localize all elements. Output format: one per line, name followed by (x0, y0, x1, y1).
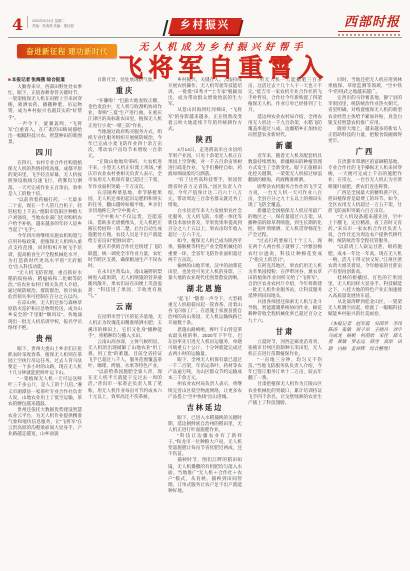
body-paragraph: 乡村振兴，关键在人。云南持续开展农机操作、无人机驾驶等技能培训，一批批“田秀才”… (168, 77, 242, 107)
masthead-rule (338, 31, 400, 32)
body-paragraph: “过去打药要雇几十个工人，现在两个人两台机子就够了。”沙雅县棉农吐尔逊说，科技让… (248, 238, 322, 262)
body-paragraph: “以前请工人砍运甘蔗、喷药施肥，成本一年比一年高，现在无人机一响，活儿干得又快又… (328, 244, 402, 274)
lead-byline-text: 本报记者 张海燕 综合报道 (12, 77, 65, 82)
body-paragraph: 插秧时节，图们江畔的稻田如镜，无人机播撒的有机肥均匀落入水面。当地推广“无人机＋… (168, 457, 242, 494)
section-heading: 甘肃 (248, 329, 322, 335)
body-paragraph: 一声令下，旋翼轰鸣，“飞将军”自重霄入，在广袤的田畴间描绘出一幅幅科技兴农、智慧… (8, 121, 82, 145)
body-paragraph: 白水县近年来大力发展果业社会化服务，无人机飞防、水肥一体化等新技术加快普及，苹果… (168, 208, 242, 238)
body-paragraph: 新疆是全国植保无人机应用最广的地区之一，保有量超过六万架。从播种前的除草剂喷施，… (248, 208, 322, 238)
edition-info: 2024年6月4日 星期二 责编：张海燕 美编：康佳妮 (27, 16, 74, 28)
body-paragraph: 眼下，已进入水稻插秧的关键时期，延边朝鲜族自治州的稻田里，无人机正进行叶面施肥作… (168, 415, 242, 433)
body-paragraph: 立夏时节，河西走廊麦苗青青，张掖市甘州区的制种玉米田里，无人机正在进行苗期植保作… (248, 339, 322, 357)
column: ■本报记者 张海燕 综合报道人勤春来早，西部田野处处农事忙。眼下，正值春耕春管关… (8, 77, 82, 557)
section-heading: 广西 (328, 149, 402, 155)
body-paragraph: 当地通过政府购买服务方式，组织专业化服务组织开展统防统治，今年已完成小麦飞防作业… (88, 129, 162, 159)
body-paragraph: “空中挑夫”不仅运货，还能巡田。借助多光谱摄像头，无人机把庄稼长势拍得一清二楚，… (88, 214, 162, 244)
section-banner-label: 乡村振兴 (180, 19, 230, 32)
body-paragraph: 恩施山路崎岖，鲜叶下山曾是茶农最头疼的事。2020年下半年，巴东县率先引进无人机… (168, 327, 242, 357)
body-paragraph: 在贵港市覃塘区的富硒稻基地，专业合作社的飞手操纵无人机来回穿梭，一天便可完成上千… (328, 159, 402, 189)
body-paragraph: “科技让边疆农业有了新样子。”和龙市一位种粮大户说，无人机变量施肥让每亩节省化肥… (168, 433, 242, 457)
body-paragraph: 兵团各师团还探索无人机与北斗导航、智能灌溉系统协同作业，棉花耕种管收全程机械化率… (248, 299, 322, 323)
section-heading: 新疆 (248, 143, 322, 149)
body-paragraph: 尉犁县农机服务合作社的飞手艾力说，一台无人机一天可作业八百亩，全县百分之九十五以… (248, 184, 322, 208)
body-paragraph: 甘肃把植保无人机作为丘陵山区农业机械化的突破口，累计培训持证飞手四千余名，让戈壁… (248, 381, 322, 405)
section-banner: 乡村振兴 (168, 18, 242, 34)
page-number: 4 (12, 16, 23, 34)
body-paragraph: “起飞！”随着一声令下，大型载重无人机稳稳吊起一筐春茶，沿着山谷飞向加工厂。在恩… (168, 296, 242, 326)
section-heading: 湖北恩施 (168, 286, 242, 292)
section-heading: 陕西 (168, 137, 242, 143)
body-paragraph: 广西是全国最大的糖料蔗产区，蔗田植保曾是最费工的环节。如今，全区农用无人机超过一… (328, 190, 402, 214)
column: 日新月异，处处展现新气象。重庆“开镰啦！”巴渝大地麦收正酣，金色麦浪中，无人机与… (88, 77, 162, 557)
section-heading: 云南 (88, 304, 162, 310)
edition-block: 4 2024年6月4日 星期二 责编：张海燕 美编：康佳妮 (12, 16, 74, 34)
body-paragraph: “一亩地三分钟，均匀又不伤苗。”当地飞防服务队负责人介绍，今年已签订服务订单十二… (248, 357, 322, 381)
section-heading: 重庆 (88, 88, 162, 94)
body-paragraph: “有了这些高科技帮手，果园管理省时省力又省钱。”园区负责人介绍，今年产值预计达二… (168, 177, 242, 207)
body-paragraph: 眼下，贵州大娄山上乡亲们正抢抓农时采收春茶，植保无人机则在茶园上空执行吊运任务。… (8, 346, 82, 376)
body-paragraph: 从北部湾畔到桂北山区，一架架无人机腾空而起，绘就了一幅幅科技赋能乡村振兴的壮美画… (328, 299, 402, 317)
headline-kicker: 无人机成为乡村振兴好帮手 (108, 39, 338, 53)
lead-byline: ■本报记者 张海燕 综合报道 (8, 77, 82, 83)
editor-line: 责编：张海燕 美编：康佳妮 (32, 24, 74, 29)
body-columns: ■本报记者 张海燕 综合报道人勤春来早，西部田野处处农事忙。眼下，正值春耕春管关… (8, 77, 402, 557)
body-paragraph: “以前背着药桶打药，一天最多二十亩，现在一个人管几台机子，轻轻松松上千亩。”德阳… (8, 197, 82, 234)
body-paragraph: 桂林的柑橘园、百色的芒果园里，无人机同样大显身手。科技赋能之下，八桂大地的特色产… (328, 275, 402, 299)
section-heading: 贵州 (8, 336, 82, 342)
body-paragraph: 近年来，随着无人机及配套机具数量持续增加，新疆棉田的种植管理方式发生了全新变化。… (248, 153, 322, 183)
body-paragraph: 今年四川将继续实施农机购置与应用补贴政策，把植保无人机纳入重点支持范围，同时组织… (8, 233, 82, 270)
body-paragraph: 云南山高谷深，立体气候明显，无人机的出现破解了山地农业“用工难、用工贵”的难题。… (88, 339, 162, 369)
body-paragraph: “丘陵山地地块零碎，大农机进不来，小型无人机正好派上用场。”重庆市农业农村委相关… (88, 159, 162, 189)
body-paragraph: “无人机飞防管理，重点抓好水稻的纹枯病、稻瘟病和二化螟等防治。”省农业农村厅相关… (8, 270, 82, 300)
body-paragraph: 在凉山州，无人机还参与森林草原防火巡护和应急物资投送，成为山乡安全的“千里眼”“… (8, 300, 82, 330)
page-header: 4 2024年6月4日 星期二 责编：张海燕 美编：康佳妮 乡村振兴 西部时报 (8, 16, 402, 38)
body-paragraph: 同时，当地还把无人机应用到林果植保、草原监测等领域，“空中铁牛”的用武之地越来越… (328, 77, 402, 95)
masthead-logo: 西部时报 (338, 16, 400, 30)
body-paragraph: 从苍山洱海到红河梯田，“飞将军”的身影越来越多，正在悄然改变着云岭大地延续千年的… (168, 107, 242, 131)
section-heading: 四川 (8, 150, 82, 156)
slogan-badge: 奋进新征程 建功新时代 (17, 44, 117, 58)
body-paragraph: 定西市的马铃薯基地、静宁县的苹果园里，统防统治作业热火朝天。省里明确，对购置植保… (328, 95, 402, 125)
body-paragraph: 延边州农业农村局介绍，全州农用无人机达一千九百余架，水稻飞防覆盖率超过八成，边疆… (248, 114, 322, 138)
body-paragraph: 4月14日，走进渭南市白水县的苹果产业园，只见十余架无人机正在果园上空穿梭，对一… (168, 147, 242, 177)
masthead: 西部时报 (338, 16, 400, 36)
column: 乡村振兴，关键在人。云南持续开展农机操作、无人机驾驶等技能培训，一批批“田秀才”… (168, 77, 242, 557)
column: “用无人机一天能撒肥三百多亩，这活过去十几个人干一天也干不完。”延吉市一家农机专… (248, 77, 322, 557)
body-paragraph: 日新月异，处处展现新气象。 (88, 77, 162, 83)
body-paragraph: 在四川，农村专业合作社购置植保无人机的热情持续高涨。成都平原的麦田里，飞手轻点屏… (8, 160, 82, 197)
body-paragraph: “用无人机一天能撒肥三百多亩，这活过去十几个人干一天也干不完。”延吉市一家农机专… (248, 77, 322, 114)
body-paragraph: 眼下，全州无人机保有量已超过一千二百架，年吊运茶叶、药材等农产品逾万吨，为山区群… (168, 357, 242, 381)
body-paragraph: “一架植保无人机一天可运送鲜叶三千多公斤，是人工的十几倍。”遵义市湄潭县一家茶叶… (8, 376, 82, 406)
reporter-credits: （本报记者 赵军霞 吴国华 李玮 陈涛 张敏 周子昂 王晓丹 刘宇 马成龙 杨帆… (328, 321, 402, 352)
section-heading: 吉林延边 (168, 405, 242, 411)
red-square-marker: ■ (8, 77, 11, 82)
body-paragraph: 在昆明市晋宁区的花卉基地，无人机正为玫瑰花田精准喷洒水肥；玉溪市的梯田上，它们又… (88, 314, 162, 338)
masthead-subline (338, 34, 400, 36)
body-paragraph: 在涪陵榨菜基地、奉节脐橙果园，无人机还承担起吊运肥料和果实的任务，翻山越岭如履平… (88, 190, 162, 214)
body-paragraph: 重庆市供销合作社还组建了飞防联盟，统一调度全市作业力量，农忙时节跨区支援，确保粮… (88, 244, 162, 268)
newspaper-page: 4 2024年6月4日 星期二 责编：张海燕 美编：康佳妮 乡村振兴 西部时报 … (0, 0, 410, 571)
body-paragraph: 榆林的山地苹果、汉中的油菜花田里，也处处可见无人机的身影，三秦大地的农业现代化图… (168, 263, 242, 281)
body-paragraph: 在永川区黄瓜山，漫山遍野的梨树进入疏果期，无人机喷施的营养液随风散开，果农们站在… (88, 269, 162, 299)
headline-block: 无人机成为乡村振兴好帮手 飞将军自重霄入 (108, 39, 338, 81)
body-paragraph: 在阿克苏地区，果农们用无人机为苹果园授粉；在伊犁河谷，薰衣草田的植保作业同样交给… (248, 263, 322, 300)
body-paragraph: 如今，植保无人机已成为陕西苹果、猕猴桃等特色产业全程机械化的重要一环，全省年飞防… (168, 238, 242, 262)
body-paragraph: “以前给茶园施肥全靠人背，现在无人机半天就能干完过去一周的活。”普洱市一家茶企负… (88, 369, 162, 399)
body-paragraph: 州农业农村局负责人表示，将继续完善山区低空物流网络，让更多农产品搭上“空中快线”… (168, 381, 242, 399)
body-paragraph: “无人机设备越来越先进，空中上下翻飞，定位精准，省工省时又省药。”来宾市一家农机… (328, 214, 402, 244)
slogan-badge-label: 奋进新征程 建功新时代 (26, 46, 107, 57)
column: 同时，当地还把无人机应用到林果植保、草原监测等领域，“空中铁牛”的用武之地越来越… (328, 77, 402, 557)
body-paragraph: 贵州还依托大数据优势建设智慧农业云平台，为无人机作业提供精准气象和地块信息服务，… (8, 407, 82, 437)
body-paragraph: 陇原大地上，越来越多的新农人正借助科技的力量，把粮食饭碗端得更牢。 (328, 126, 402, 144)
body-paragraph: 人勤春来早，西部田野处处农事忙。眼下，正值春耕春管关键时节，一架架植保无人机在田… (8, 84, 82, 121)
body-paragraph: “开镰啦！”巴渝大地麦收正酣，金色麦浪中，无人机与收割机协同作业，奏响“三夏”生… (88, 98, 162, 128)
